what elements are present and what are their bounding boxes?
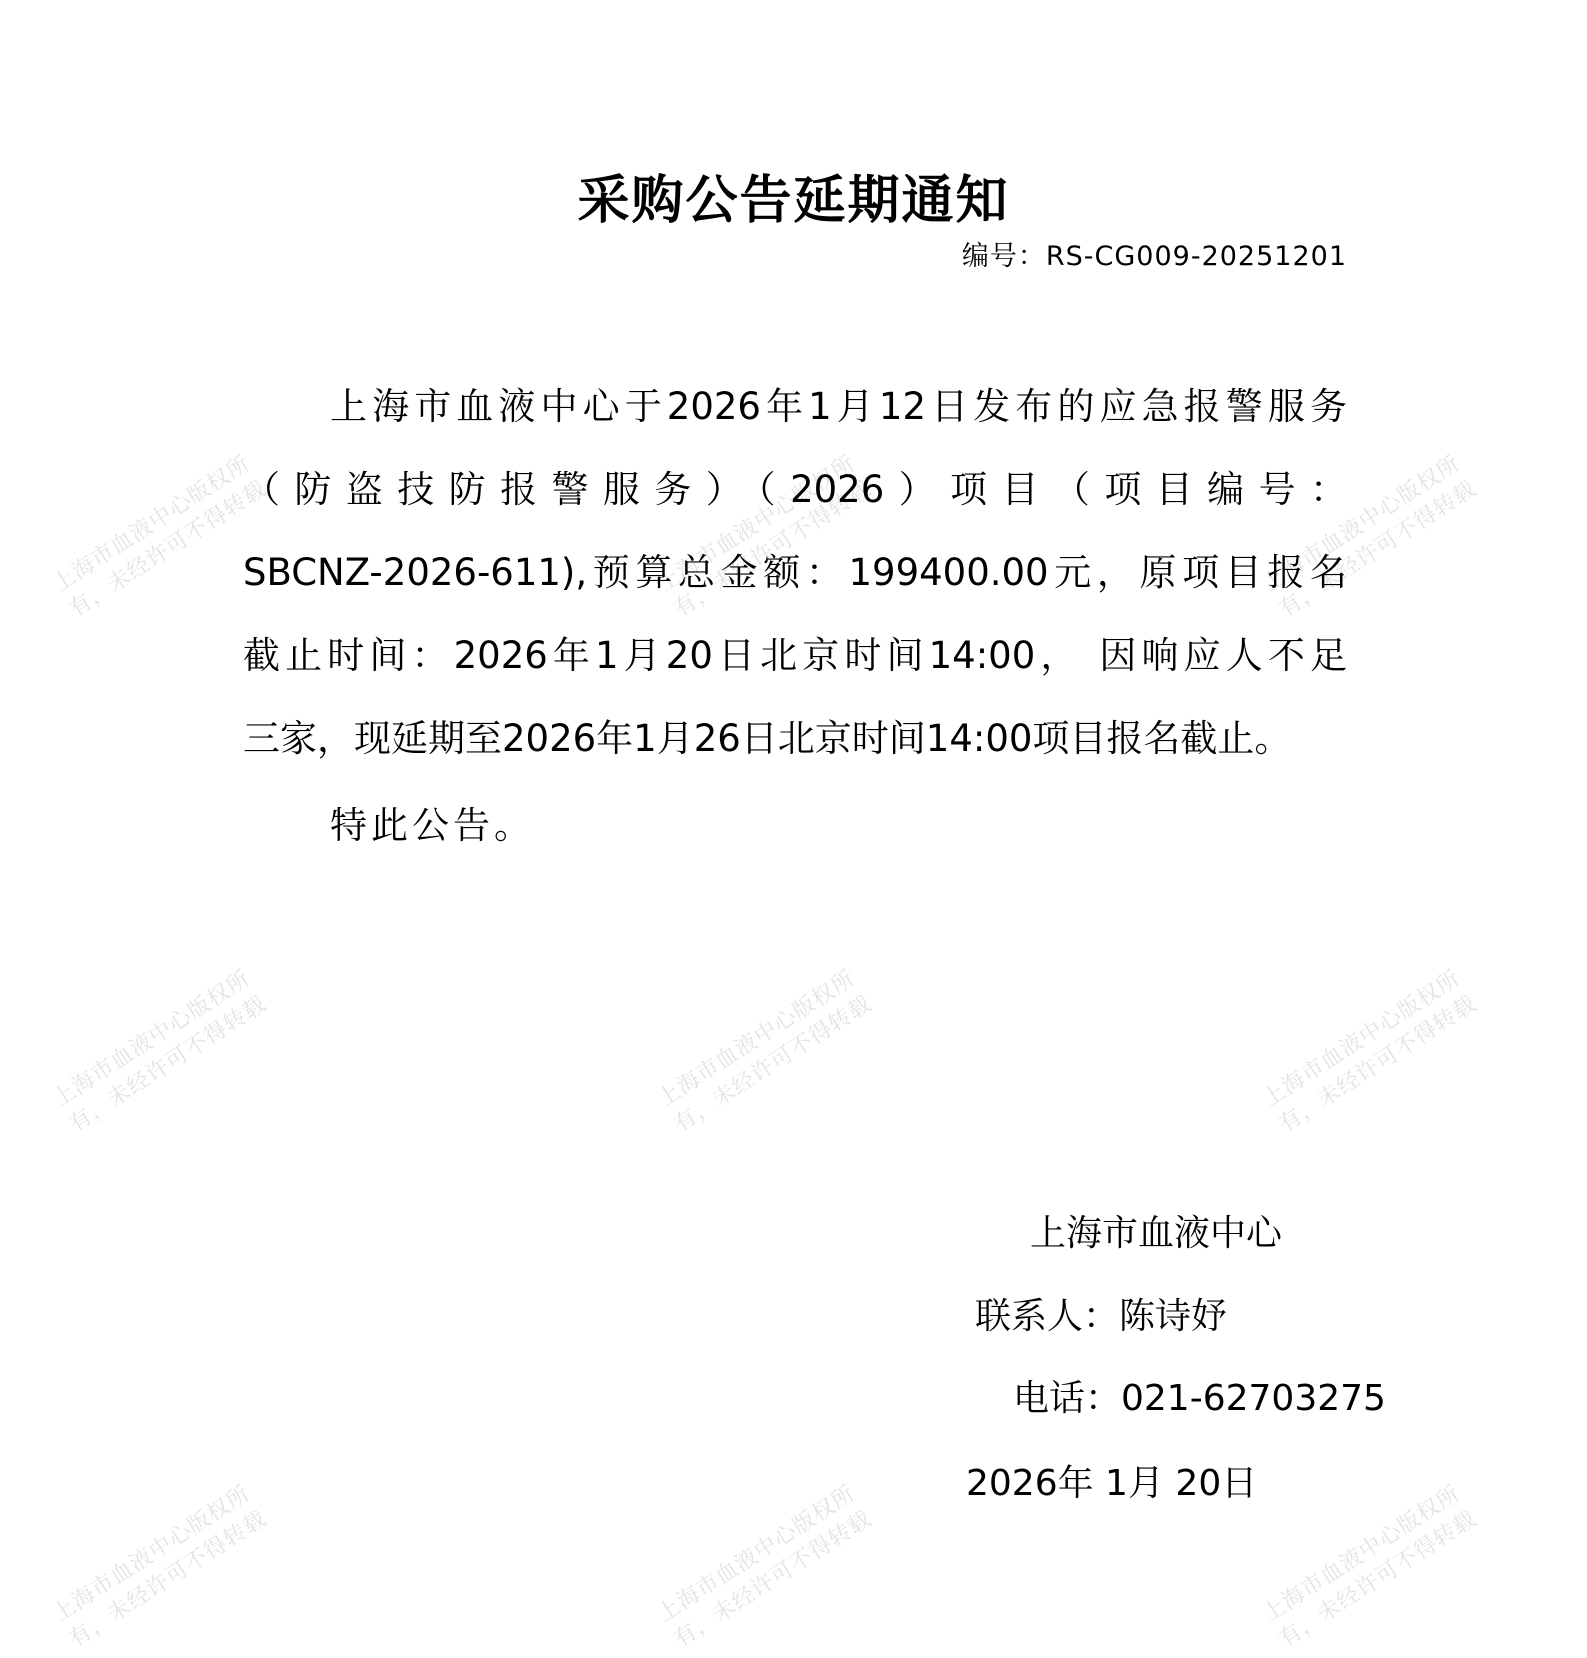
body-line: （防盗技防报警服务）（2026）项目（项目编号：	[243, 448, 1347, 531]
body-line: SBCNZ-2026-611),预算总金额：199400.00元，原项目报名	[243, 531, 1347, 614]
watermark: 上海市血液中心版权所有，未经许可不得转载	[1257, 948, 1508, 1140]
signature-phone: 电话：021-62703275	[1013, 1370, 1386, 1421]
body-line: 三家，现延期至2026年1月26日北京时间14:00项目报名截止。	[243, 697, 1347, 780]
signature-contact: 联系人：陈诗妤	[975, 1288, 1227, 1339]
watermark: 上海市血液中心版权所有，未经许可不得转载	[652, 1463, 903, 1655]
watermark: 上海市血液中心版权所有，未经许可不得转载	[47, 948, 298, 1140]
watermark: 上海市血液中心版权所有，未经许可不得转载	[1257, 1463, 1508, 1655]
document-number: 编号：RS-CG009-20251201	[962, 234, 1347, 273]
body-line: 上海市血液中心于2026年1月12日发布的应急报警服务	[243, 365, 1347, 448]
notice-body: 上海市血液中心于2026年1月12日发布的应急报警服务 （防盗技防报警服务）（2…	[243, 365, 1347, 780]
watermark: 上海市血液中心版权所有，未经许可不得转载	[652, 948, 903, 1140]
watermark: 上海市血液中心版权所有，未经许可不得转载	[47, 1463, 298, 1655]
signature-organization: 上海市血液中心	[1030, 1205, 1282, 1256]
closing-remark: 特此公告。	[330, 795, 535, 849]
body-line: 截止时间：2026年1月20日北京时间14:00， 因响应人不足	[243, 614, 1347, 697]
signature-date: 2026年 1月 20日	[966, 1455, 1257, 1506]
page-title: 采购公告延期通知	[0, 158, 1587, 233]
